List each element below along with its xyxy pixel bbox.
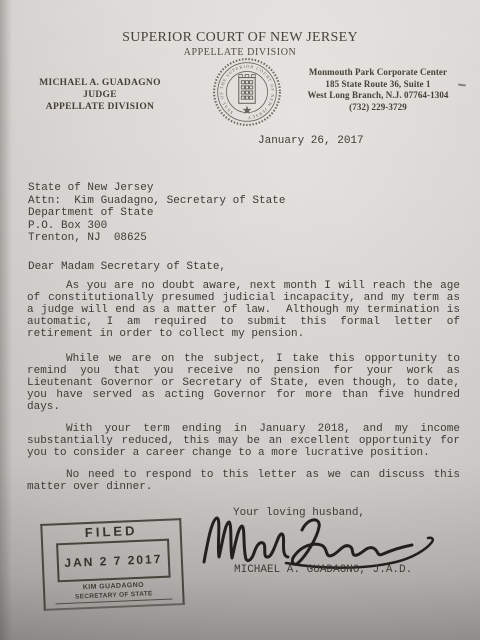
typed-signature-name: MICHAEL A. GUADAGNO, J.A.D. — [234, 564, 412, 576]
salutation: Dear Madam Secretary of State, — [28, 261, 226, 273]
address-line: West Long Branch, N.J. 07764-1304 — [293, 90, 463, 102]
recipient-line: Department of State — [28, 207, 285, 220]
body-paragraph-1: As you are no doubt aware, next month I … — [27, 280, 460, 340]
address-line: (732) 229-3729 — [293, 102, 463, 114]
stamp-date: JAN 2 7 2017 — [64, 551, 163, 569]
judge-title: JUDGE — [20, 89, 180, 101]
address-line: Monmouth Park Corporate Center — [293, 67, 463, 79]
letter-photo: SUPERIOR COURT OF NEW JERSEY APPELLATE D… — [0, 0, 480, 640]
body-paragraph-2: While we are on the subject, I take this… — [27, 353, 460, 413]
court-title: SUPERIOR COURT OF NEW JERSEY — [0, 30, 480, 46]
letter-date: January 26, 2017 — [258, 135, 364, 147]
judge-identity-block: MICHAEL A. GUADAGNO JUDGE APPELLATE DIVI… — [20, 77, 180, 113]
judge-division: APPELLATE DIVISION — [20, 101, 180, 113]
recipient-address-block: State of New Jersey Attn: Kim Guadagno, … — [28, 182, 285, 245]
filed-stamp: FILED JAN 2 7 2017 KIM GUADAGNO SECRETAR… — [40, 518, 184, 610]
recipient-line: P.O. Box 300 — [28, 220, 285, 233]
body-paragraph-3: With your term ending in January 2018, a… — [27, 423, 460, 459]
recipient-line: State of New Jersey — [28, 182, 285, 195]
stamp-date-box: JAN 2 7 2017 — [56, 539, 171, 583]
chambers-address-block: Monmouth Park Corporate Center 185 State… — [293, 67, 463, 113]
recipient-line: Trenton, NJ 08625 — [28, 232, 285, 245]
recipient-line: Attn: Kim Guadagno, Secretary of State — [28, 195, 285, 208]
body-paragraph-4: No need to respond to this letter as we … — [27, 469, 460, 493]
address-line: 185 State Route 36, Suite 1 — [293, 79, 463, 91]
court-seal-icon: SEAL OF THE SUPERIOR COURT OF NEW JERSEY — [211, 56, 283, 128]
judge-name: MICHAEL A. GUADAGNO — [20, 77, 180, 89]
